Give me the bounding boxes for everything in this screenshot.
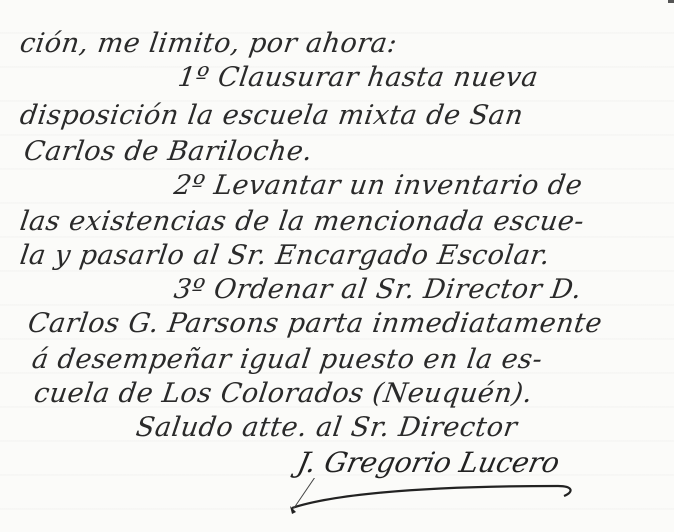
text-line-4: Carlos de Bariloche. xyxy=(22,136,315,167)
document-page: ción, me limito, por ahora: 1º Clausurar… xyxy=(0,0,674,532)
scan-corner-mark xyxy=(668,0,674,3)
text-line-9: Carlos G. Parsons parta inmediatamente xyxy=(26,308,604,339)
item-2-heading-line: 2º Levantar un inventario de xyxy=(172,170,584,201)
item-3-heading-line: 3º Ordenar al Sr. Director D. xyxy=(172,274,584,305)
signature-flourish-icon xyxy=(288,478,578,518)
text-line-11: cuela de Los Colorados (Neuquén). xyxy=(32,378,535,409)
text-line-10: á desempeñar igual puesto en la es- xyxy=(30,344,545,375)
text-line-6: las existencias de la mencionada escue- xyxy=(18,206,586,237)
signature: J. Gregorio Lucero xyxy=(294,446,562,479)
text-line-7: la y pasarlo al Sr. Encargado Escolar. xyxy=(18,240,552,271)
item-1-heading-line: 1º Clausurar hasta nueva xyxy=(176,62,540,93)
text-line-1: ción, me limito, por ahora: xyxy=(18,28,399,59)
closing-line: Saludo atte. al Sr. Director xyxy=(134,412,519,443)
text-line-3: disposición la escuela mixta de San xyxy=(18,100,525,131)
